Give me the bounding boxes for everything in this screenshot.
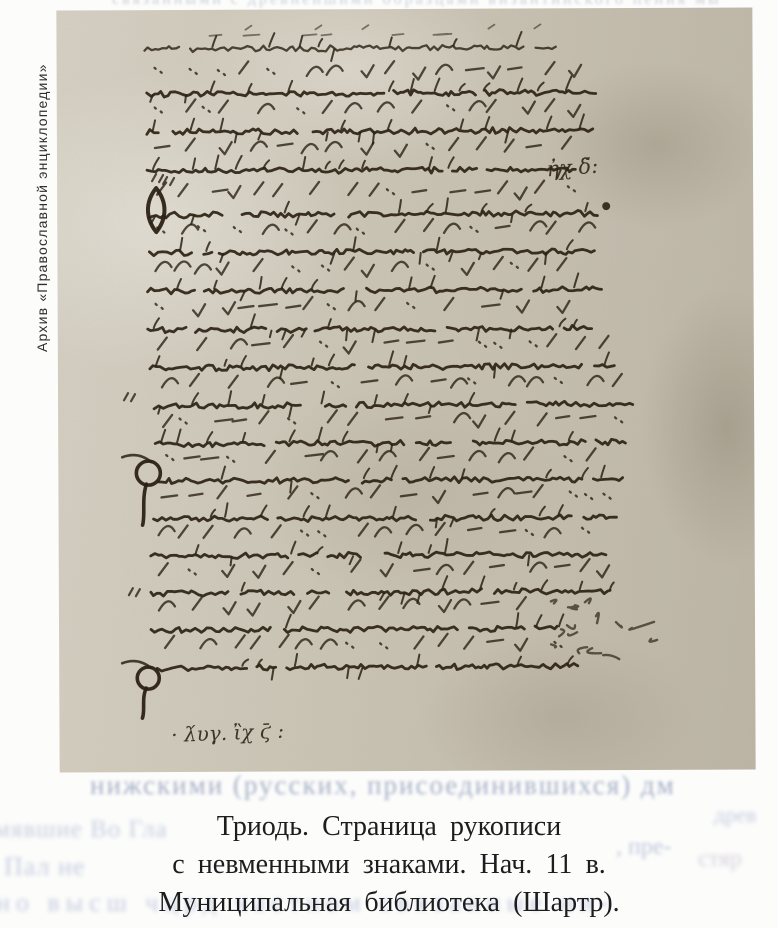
manuscript-drawing: ἠχ δ̃:· λ́υγ. ἲχ ϛ̄ : bbox=[56, 7, 755, 772]
ghost-text-fragment: нижскими (русских, присоединившихся) дм bbox=[90, 770, 676, 801]
caption-line-1: Триодь. Страница рукописи bbox=[0, 808, 778, 846]
colophon: · λ́υγ. ἲχ ϛ̄ : bbox=[171, 719, 285, 747]
caption-line-2: с невменными знаками. Нач. 11 в. bbox=[0, 846, 778, 884]
manuscript-photo: ἠχ δ̃:· λ́υγ. ἲχ ϛ̄ : bbox=[56, 7, 755, 772]
mode-mark: ἠχ δ̃: bbox=[546, 154, 599, 182]
ink-dot bbox=[602, 202, 610, 210]
caption-line-3: Муниципальная библиотека (Шартр). bbox=[0, 884, 778, 922]
parchment-texture bbox=[56, 7, 755, 772]
photo-credit: Архив «Православной энциклопедии» bbox=[34, 10, 54, 352]
caption: Триодь. Страница рукописи с невменными з… bbox=[0, 808, 778, 922]
book-page: связанными с древнейшими образцами визан… bbox=[0, 0, 778, 928]
